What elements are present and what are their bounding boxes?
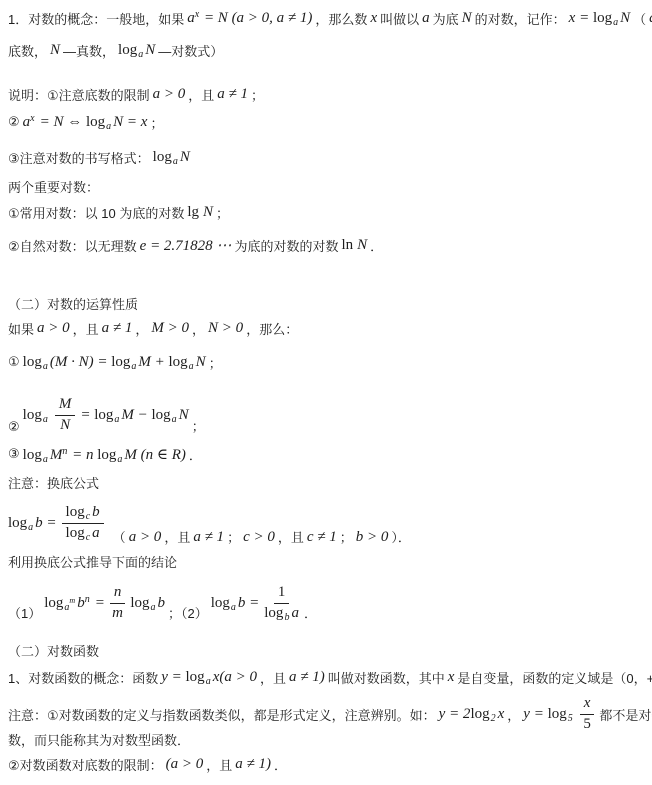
math-run: y = logax(a > 0 xyxy=(161,668,257,686)
math-run: a > 0 xyxy=(37,319,70,337)
math-expr: a > 0 xyxy=(153,86,186,102)
log-operator: log xyxy=(169,354,188,370)
math-var: x xyxy=(370,10,377,26)
math-expr: = N ⇔ xyxy=(40,114,86,130)
math-run: a ≠ 1 xyxy=(193,528,224,546)
text-run: （ xyxy=(113,527,126,546)
math-expr: M (n ∈ R) xyxy=(124,447,186,463)
math-var: a xyxy=(92,525,100,541)
math-var: N xyxy=(179,407,189,423)
text-run: 是自变量，函数的定义域是（0，+∞）． xyxy=(457,668,652,687)
text-run: ②自然对数：以无理数 xyxy=(8,236,137,255)
line-power-rule: ③ logaMn = n logaM (n ∈ R) ． xyxy=(8,441,202,467)
text-run: 说明：①注意底数的限制 xyxy=(8,85,150,104)
math-var: N xyxy=(180,149,190,165)
line-change-of-base-note: 注意：换底公式 xyxy=(8,470,99,494)
fraction: x5 xyxy=(580,695,595,733)
math-expr: a ≠ 1 xyxy=(193,529,224,545)
math-run: logaMn = n logaM (n ∈ R) xyxy=(23,445,186,464)
line-two-important-logs: 两个重要对数： xyxy=(8,174,99,198)
math-var: M xyxy=(50,447,63,463)
log-operator: log xyxy=(66,525,85,541)
text-run: ）． xyxy=(391,527,411,546)
math-run: y = log5 xyxy=(523,705,574,723)
condition-group: （ a > 0 ，且 a ≠ 1 ； c > 0 ，且 c ≠ 1 ； b > … xyxy=(113,527,411,549)
line-log-definition-1: 1．对数的概念：一般地，如果 ax = N (a > 0, a ≠ 1) ，那么… xyxy=(8,6,652,30)
math-number: 1 xyxy=(278,584,286,600)
base-subscript: a xyxy=(172,414,177,425)
math-run: logaN xyxy=(118,41,155,59)
text-run: 利用换底公式推导下面的结论 xyxy=(8,552,177,571)
math-run: ax = N ⇔ logaN = x xyxy=(23,113,148,131)
exponent-superscript: x xyxy=(30,113,34,124)
text-run: ，且 xyxy=(188,85,214,104)
log-operator: log xyxy=(211,595,230,611)
text-run: 为底 xyxy=(433,9,459,28)
fraction-numerator: n xyxy=(110,584,126,603)
text-run: —真数， xyxy=(63,41,115,60)
base-subscript: a xyxy=(173,156,178,167)
line-log-definition-2: 底数， N —真数， logaN —对数式） xyxy=(8,38,223,62)
base-subscript: am xyxy=(64,602,75,613)
math-expr: x(a > 0 xyxy=(213,669,257,685)
fraction: nm xyxy=(110,584,126,622)
math-expr: b = xyxy=(35,515,56,531)
fraction-denominator: 5 xyxy=(583,715,591,733)
text-run: ， xyxy=(192,319,205,338)
math-expr: (a > 0 xyxy=(166,756,204,772)
text-run: ①常用对数：以 10 为底的对数 xyxy=(8,203,184,222)
line-common-log: ①常用对数：以 10 为底的对数 lg N ； xyxy=(8,200,229,224)
text-run: 注意：换底公式 xyxy=(8,473,99,492)
log-operator: log xyxy=(8,515,27,531)
math-expr: b = xyxy=(238,595,259,611)
base-subscript: b xyxy=(284,612,289,623)
math-run: logab = xyxy=(8,514,57,532)
log-operator: log xyxy=(186,669,205,685)
base-subscript: 5 xyxy=(568,713,573,724)
math-run: c ≠ 1 xyxy=(307,528,337,546)
math-number: 5 xyxy=(583,716,591,732)
math-run: N xyxy=(462,9,472,27)
math-run: logambn = xyxy=(44,594,105,612)
exponent-superscript: n xyxy=(62,446,67,457)
item-label: （1） xyxy=(8,603,41,625)
text-run: ． xyxy=(189,445,202,464)
math-run: = logaM − logaN xyxy=(80,406,188,424)
fraction-numerator: M xyxy=(55,396,76,415)
math-expr: c > 0 xyxy=(243,529,275,545)
circled-number: ③ xyxy=(8,446,20,462)
math-run: b > 0 xyxy=(356,528,389,546)
math-var: N xyxy=(620,10,630,26)
line-equivalence-formula: ② ax = N ⇔ logaN = x ； xyxy=(8,110,163,134)
log-operator: log xyxy=(264,605,283,621)
text-run: ； xyxy=(216,203,229,222)
math-expr: M > 0 xyxy=(151,320,189,336)
text-run: ，那么： xyxy=(246,319,298,338)
log-operator: log xyxy=(86,114,105,130)
log-operator: lg xyxy=(187,204,199,220)
text-run: ，且 xyxy=(73,319,99,338)
math-var: x xyxy=(584,695,591,711)
math-run: a xyxy=(422,9,430,27)
log-operator: log xyxy=(44,595,63,611)
text-run: ，且 xyxy=(206,755,232,774)
text-run: ， xyxy=(507,705,520,724)
log-operator: log xyxy=(66,504,85,520)
math-var: n xyxy=(114,584,122,600)
line-note-base-restriction: 说明：①注意底数的限制 a > 0 ，且 a ≠ 1 ； xyxy=(8,82,264,106)
math-expr: e = 2.71828 ⋯ xyxy=(140,238,232,254)
math-var: b xyxy=(92,504,100,520)
fraction-denominator: N xyxy=(60,416,70,434)
math-run: N > 0 xyxy=(208,319,243,337)
math-var: a xyxy=(187,10,195,26)
math-var: N xyxy=(196,354,206,370)
log-operator: log xyxy=(593,10,612,26)
base-subscript: c xyxy=(86,532,90,543)
math-run: N xyxy=(50,41,60,59)
text-run: 叫做以 xyxy=(380,9,419,28)
math-var: b xyxy=(157,595,165,611)
text-run: 叫做对数函数，其中 xyxy=(328,668,445,687)
log-operator: log xyxy=(23,407,42,423)
math-expr: = xyxy=(80,407,94,423)
base-subscript: a xyxy=(106,121,111,132)
text-run: 为底的对数的对数 xyxy=(234,236,338,255)
math-expr: y = 2 xyxy=(439,706,471,722)
text-run: ②对数函数对底数的限制： xyxy=(8,755,163,774)
text-run: 如果 xyxy=(8,319,34,338)
math-run: a > 0 xyxy=(129,528,162,546)
line-change-of-base-formula: logab = logcblogca （ a > 0 ，且 a ≠ 1 ； c … xyxy=(8,497,411,549)
text-run: ，那么数 xyxy=(315,9,367,28)
text-run: ． xyxy=(274,755,287,774)
log-operator: log xyxy=(97,447,116,463)
math-expr: c ≠ 1 xyxy=(307,529,337,545)
math-expr: a ≠ 1 xyxy=(217,86,248,102)
math-var: a xyxy=(422,10,430,26)
log-operator: log xyxy=(153,149,172,165)
math-var: N xyxy=(462,10,472,26)
math-expr: (M · N) = xyxy=(50,354,111,370)
math-run: ax = N (a > 0, a ≠ 1) xyxy=(187,9,312,27)
math-var: M xyxy=(59,396,72,412)
text-run: （ xyxy=(633,9,646,28)
circled-number: ② xyxy=(8,419,20,438)
math-var: N xyxy=(145,42,155,58)
document-page: 1．对数的概念：一般地，如果 ax = N (a > 0, a ≠ 1) ，那么… xyxy=(0,0,652,785)
math-run: logaN xyxy=(153,148,190,166)
base-subscript: a xyxy=(231,602,236,613)
math-expr: a > 0 xyxy=(129,529,162,545)
log-operator: log xyxy=(130,595,149,611)
text-run: 两个重要对数： xyxy=(8,177,99,196)
text-run: ， xyxy=(135,319,148,338)
math-run: a ≠ 1 xyxy=(217,85,248,103)
base-subscript: a xyxy=(114,414,119,425)
line-base-restriction: ②对数函数对底数的限制： (a > 0 ，且 a ≠ 1) ． xyxy=(8,752,287,776)
math-expr: y = xyxy=(161,669,185,685)
text-run: —对数式） xyxy=(158,41,223,60)
line-derived-conclusions: 利用换底公式推导下面的结论 xyxy=(8,549,177,573)
fraction-denominator: m xyxy=(112,604,123,622)
line-natural-log: ②自然对数：以无理数 e = 2.71828 ⋯ 为底的对数的对数 ln N ． xyxy=(8,233,383,257)
section-title: （二）对数的运算性质 xyxy=(8,294,138,313)
text-run: ； xyxy=(150,113,163,132)
line-log-function-definition: 1、对数函数的概念：函数 y = logax(a > 0 ，且 a ≠ 1) 叫… xyxy=(8,664,652,690)
text-run: ，且 xyxy=(164,527,190,546)
log-operator: ln xyxy=(341,237,353,253)
section-title: （二）对数函数 xyxy=(8,641,99,660)
math-run: loga(M · N) = logaM + logaN xyxy=(23,353,206,371)
fraction-denominator: logba xyxy=(264,604,299,622)
math-expr: y = xyxy=(523,706,547,722)
text-run: 数，而只能称其为对数型函数． xyxy=(8,730,190,749)
log-operator: log xyxy=(152,407,171,423)
base-subscript: a xyxy=(206,676,211,687)
math-expr: N > 0 xyxy=(208,320,243,336)
math-var: N xyxy=(203,204,213,220)
text-run: ； xyxy=(192,416,205,438)
base-subscript: a xyxy=(43,414,48,425)
math-var: N xyxy=(357,237,367,253)
math-var: x xyxy=(498,706,505,722)
math-expr: = n xyxy=(68,447,97,463)
math-expr: b > 0 xyxy=(356,529,389,545)
line-writing-format: ③注意对数的书写格式： logaN xyxy=(8,145,190,169)
math-run: y = 2log2x xyxy=(439,705,505,723)
text-run: 1、对数函数的概念：函数 xyxy=(8,668,158,687)
text-run: ； xyxy=(251,85,264,104)
math-var: m xyxy=(112,605,123,621)
text-run: ； xyxy=(227,527,240,546)
text-run: 都不是对数函 xyxy=(599,705,652,724)
text-run: ，且 xyxy=(260,668,286,687)
math-expr: a ≠ 1) xyxy=(289,669,325,685)
base-subscript: a xyxy=(131,361,136,372)
text-run: 注意：①对数函数的定义与指数函数类似，都是形式定义，注意辨别。如： xyxy=(8,705,436,724)
text-run: ③注意对数的书写格式： xyxy=(8,148,150,167)
math-var: x xyxy=(448,669,455,685)
exponent-superscript: x xyxy=(195,9,199,20)
math-run: logab = xyxy=(211,594,260,612)
line-conclusion-formulas: （1） logambn = nm logab ；（2） logab = 1log… xyxy=(8,581,317,625)
log-operator: log xyxy=(470,706,489,722)
math-run: x xyxy=(448,668,455,686)
math-expr: N = x xyxy=(113,114,147,130)
math-expr: a ≠ 1) xyxy=(235,756,271,772)
math-var: b xyxy=(77,595,85,611)
math-run: ln N xyxy=(341,236,367,254)
text-run: 1．对数的概念：一般地，如果 xyxy=(8,9,184,28)
fraction: 1logba xyxy=(264,584,299,622)
math-run: a ≠ 1 xyxy=(102,319,133,337)
item-label: ；（2） xyxy=(168,603,208,625)
fraction-numerator: x xyxy=(580,695,595,714)
math-run: M > 0 xyxy=(151,319,189,337)
fraction-denominator: logca xyxy=(66,524,100,542)
circled-number: ① xyxy=(8,354,20,370)
base-subscript: a xyxy=(28,522,33,533)
base-subscript: a xyxy=(613,17,618,28)
math-run: x xyxy=(370,9,377,27)
math-var: N xyxy=(50,42,60,58)
base-subscript: a xyxy=(189,361,194,372)
math-run: lg N xyxy=(187,203,213,221)
log-operator: log xyxy=(23,447,42,463)
base-subscript: a xyxy=(138,49,143,60)
base-subscript: a xyxy=(43,361,48,372)
log-operator: log xyxy=(94,407,113,423)
fraction: MN xyxy=(55,396,76,434)
text-run: ． xyxy=(304,603,317,625)
math-expr: M + xyxy=(138,354,168,370)
base-subscript: a xyxy=(43,454,48,465)
text-run: ； xyxy=(340,527,353,546)
math-run: a ≠ 1) xyxy=(289,668,325,686)
math-expr: = xyxy=(95,595,105,611)
nested-superscript: m xyxy=(69,596,75,605)
text-run: 底数， xyxy=(8,41,47,60)
math-run: logab xyxy=(130,594,165,612)
math-expr: x = xyxy=(569,10,593,26)
math-expr: a > 0 xyxy=(37,320,70,336)
exponent-superscript: n xyxy=(85,594,90,605)
math-var: a xyxy=(291,605,299,621)
text-run: ． xyxy=(370,236,383,255)
line-quotient-rule: ② loga MN = logaM − logaN ； xyxy=(8,392,205,438)
base-subscript: c xyxy=(86,511,90,522)
line-note-formal-definition-2: 数，而只能称其为对数型函数． xyxy=(8,727,190,751)
text-run: ，且 xyxy=(278,527,304,546)
math-run: a > 0 xyxy=(153,85,186,103)
line-product-rule: ① loga(M · N) = logaM + logaN ； xyxy=(8,349,222,375)
log-operator: log xyxy=(23,354,42,370)
base-subscript: a xyxy=(117,454,122,465)
math-run: e = 2.71828 ⋯ xyxy=(140,236,232,255)
log-operator: log xyxy=(548,706,567,722)
math-run: c > 0 xyxy=(243,528,275,546)
fraction: logcblogca xyxy=(62,504,104,542)
math-run: (a > 0 xyxy=(166,755,204,773)
base-subscript: 2 xyxy=(491,713,496,724)
math-run: x = logaN xyxy=(569,9,630,27)
text-run: ； xyxy=(209,353,222,372)
text-run: 的对数，记作： xyxy=(475,9,566,28)
fraction-numerator: logcb xyxy=(62,504,104,523)
line-conditions: 如果 a > 0 ，且 a ≠ 1 ， M > 0 ， N > 0 ，那么： xyxy=(8,316,298,340)
math-expr: M − xyxy=(121,407,151,423)
math-expr: a ≠ 1 xyxy=(102,320,133,336)
math-run: loga xyxy=(23,406,50,424)
math-run: a ≠ 1) xyxy=(235,755,271,773)
section-title-log-function: （二）对数函数 xyxy=(8,638,99,662)
section-title-operation-properties: （二）对数的运算性质 xyxy=(8,291,138,315)
base-subscript: a xyxy=(150,602,155,613)
math-expr: = N (a > 0, a ≠ 1) xyxy=(200,10,312,26)
log-operator: log xyxy=(118,42,137,58)
fraction-numerator: 1 xyxy=(274,584,290,603)
log-operator: log xyxy=(111,354,130,370)
math-var: N xyxy=(60,417,70,433)
circled-number: ② xyxy=(8,114,20,130)
